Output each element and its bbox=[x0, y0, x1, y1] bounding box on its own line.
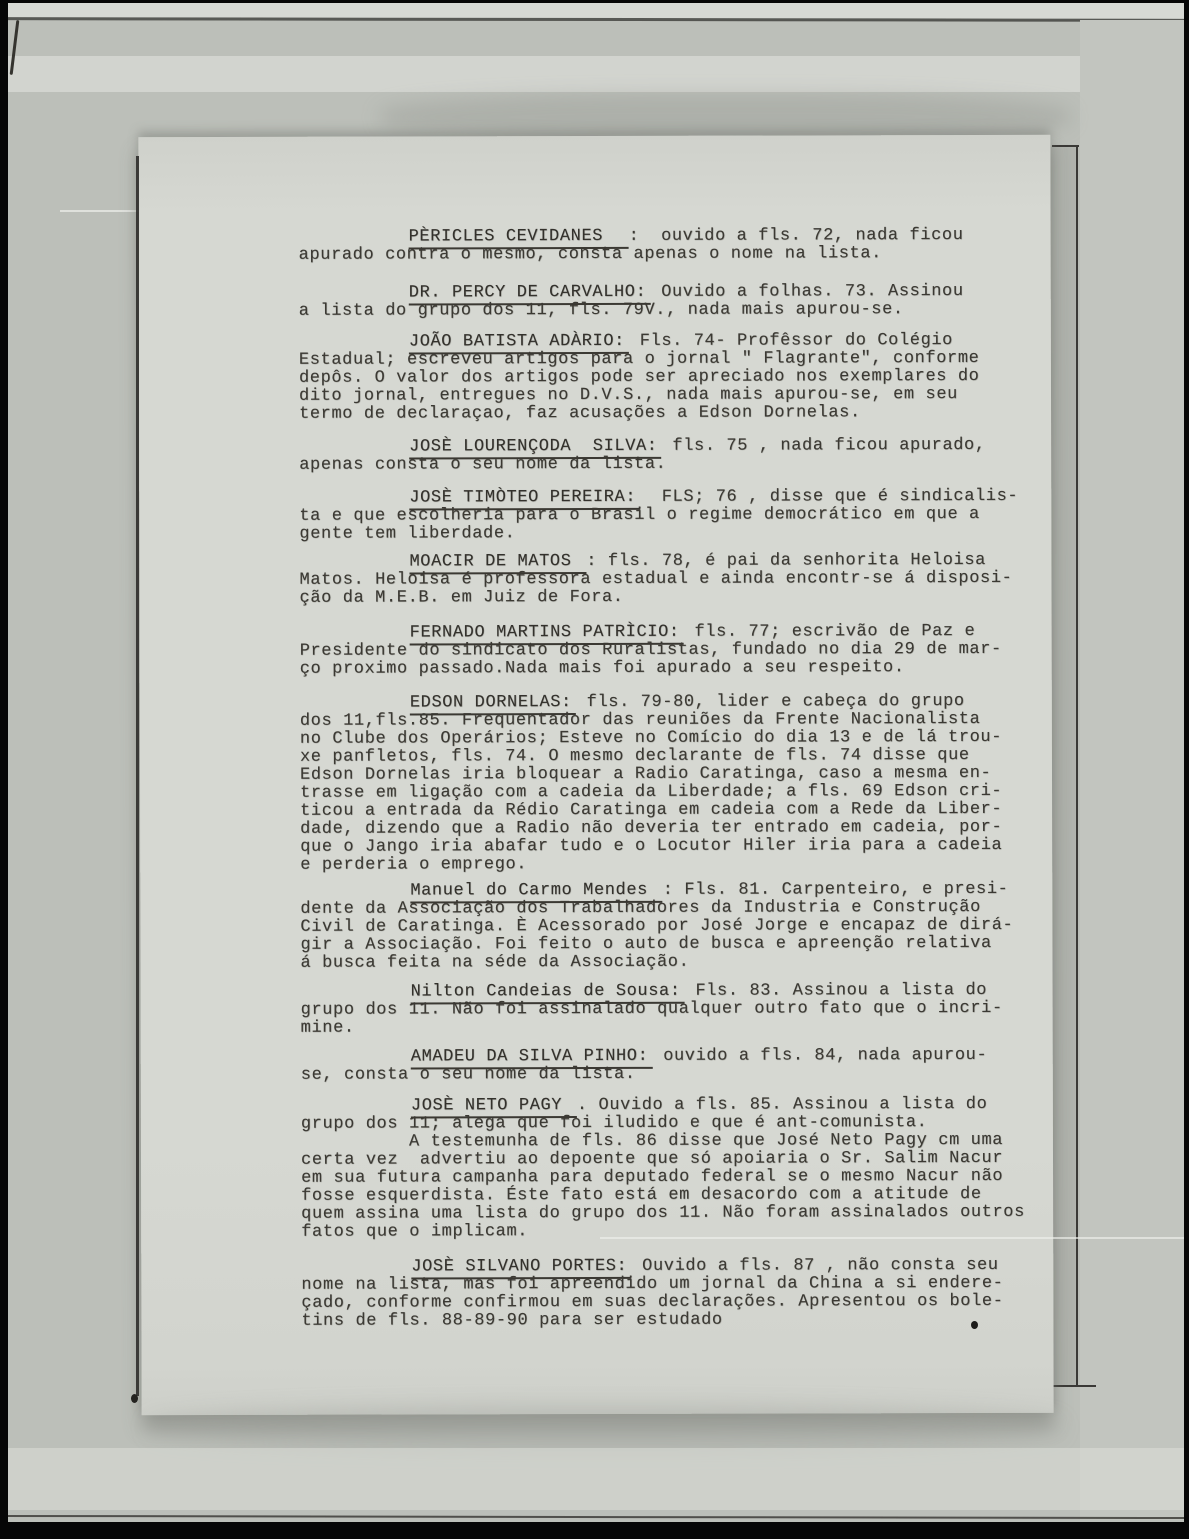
heading-line-text: Fls. 83. Assinou a lista do bbox=[685, 981, 988, 1001]
text-line: JOSÈ LOURENÇODA SILVA: fls. 75 , nada fi… bbox=[299, 437, 1039, 457]
text-line: e perderia o emprego. bbox=[300, 855, 1040, 875]
heading-line-text: Fls. 74- Profêssor do Colégio bbox=[629, 331, 953, 351]
text-line: grupo dos 11. Não foi assinalado qualque… bbox=[301, 1000, 1041, 1020]
film-edge-bottom bbox=[0, 1522, 1189, 1539]
text-line: ta e que escolheria para o Brasil o regi… bbox=[299, 506, 1039, 526]
paragraph-fernado-martins-patricio: FERNADO MARTINS PATRÌCIO: fls. 77; escri… bbox=[300, 623, 1040, 679]
paragraph-amadeu-da-silva-pinho: AMADEU DA SILVA PINHO: ouvido a fls. 84,… bbox=[301, 1047, 1041, 1085]
text-line: apenas consta o seu nome da lista. bbox=[299, 455, 1039, 475]
text-line: quem assina uma lista do grupo dos 11. N… bbox=[301, 1204, 1041, 1224]
paragraph-joao-batista-adario: JOÃO BATISTA ADÀRIO: Fls. 74- Profêssor … bbox=[299, 332, 1039, 424]
film-edge-top bbox=[0, 0, 1189, 3]
heading-line-text: ouvido a fls. 84, nada apurou- bbox=[652, 1046, 987, 1066]
paragraph-manuel-do-carmo-mendes: Manuel do Carmo Mendes : Fls. 81. Carpen… bbox=[300, 881, 1040, 973]
heading-line-text: fls. 75 , nada ficou apurado, bbox=[662, 436, 986, 456]
text-line: ção da M.E.B. em Juiz de Fora. bbox=[300, 588, 1040, 608]
film-edge-left bbox=[0, 0, 8, 1539]
text-line: fatos que o implicam. bbox=[301, 1222, 1041, 1242]
text-line: a lista do grupo dos 11, fls. 79V., nada… bbox=[299, 301, 1039, 321]
text-line: dito jornal, entregues no D.V.S., nada m… bbox=[299, 386, 1039, 406]
heading-line-text: : ouvido a fls. 72, nada ficou bbox=[629, 226, 964, 246]
text-line: AMADEU DA SILVA PINHO: ouvido a fls. 84,… bbox=[301, 1047, 1041, 1067]
heading-line-text: FLS; 76 , disse que é sindicalis- bbox=[640, 487, 1018, 507]
paragraph-moacir-de-matos: MOACIR DE MATOS : fls. 78, é pai da senh… bbox=[299, 552, 1039, 608]
text-line: çado, conforme confirmou em suas declara… bbox=[301, 1293, 1041, 1313]
text-line: á busca feita na séde da Associação. bbox=[300, 953, 1040, 973]
film-scan-background: { "document": { "kind": "typewritten dep… bbox=[0, 0, 1189, 1539]
paragraph-edson-dornelas: EDSON DORNELAS: fls. 79-80, lider e cabe… bbox=[300, 693, 1040, 875]
paragraph-jose-neto-pagy: JOSÈ NETO PAGY . Ouvido a fls. 85. Assin… bbox=[301, 1096, 1041, 1242]
text-line: gir a Associação. Foi feito o auto de bu… bbox=[300, 935, 1040, 955]
paragraph-pericles-cevidanes: PÈRICLES CEVIDANES : ouvido a fls. 72, n… bbox=[299, 227, 1039, 265]
heading-line-text: fls. 79-80, lider e cabeça do grupo bbox=[576, 692, 965, 712]
paragraph-percy-de-carvalho: DR. PERCY DE CARVALHO: Ouvido a folhas. … bbox=[299, 283, 1039, 321]
film-edge-right bbox=[1184, 0, 1189, 1539]
text-line: PÈRICLES CEVIDANES : ouvido a fls. 72, n… bbox=[299, 227, 1039, 247]
text-line: DR. PERCY DE CARVALHO: Ouvido a folhas. … bbox=[299, 283, 1039, 303]
text-line: mine. bbox=[301, 1018, 1041, 1038]
paragraph-nilton-candeias-de-sousa: Nilton Candeias de Sousa: Fls. 83. Assin… bbox=[301, 982, 1041, 1038]
heading-line-text: : fls. 78, é pai da senhorita Heloisa bbox=[586, 551, 986, 571]
text-line: que o Jango iria abafar tudo e o Locutor… bbox=[300, 837, 1040, 857]
text-line: gente tem liberdade. bbox=[299, 524, 1039, 544]
paragraph-jose-lourencoda-silva: JOSÈ LOURENÇODA SILVA: fls. 75 , nada fi… bbox=[299, 437, 1039, 475]
heading-line-text: : Fls. 81. Carpenteiro, e presi- bbox=[663, 880, 1009, 900]
paragraph-jose-timoteo-pereira: JOSÈ TIMÒTEO PEREIRA: FLS; 76 , disse qu… bbox=[299, 488, 1039, 544]
heading-line-text: Ouvido a fls. 87 , não consta seu bbox=[631, 1256, 998, 1276]
typewritten-text-layer: PÈRICLES CEVIDANES : ouvido a fls. 72, n… bbox=[0, 0, 1189, 1539]
text-line: termo de declaraçao, faz acusações a Eds… bbox=[299, 404, 1039, 424]
text-line: apurado contra o mesmo, consta apenas o … bbox=[299, 245, 1039, 265]
text-line: ço proximo passado.Nada mais foi apurado… bbox=[300, 659, 1040, 679]
heading-line-text: Ouvido a folhas. 73. Assinou bbox=[650, 282, 963, 302]
heading-line-text: . Ouvido a fls. 85. Assinou a lista do bbox=[577, 1095, 988, 1115]
heading-line-text: fls. 77; escrivão de Paz e bbox=[684, 622, 976, 642]
text-line: tins de fls. 88-89-90 para ser estudado bbox=[301, 1311, 1041, 1331]
text-line: Matos. Heloisa é professora estadual e a… bbox=[299, 570, 1039, 590]
text-line: se, consta o seu nome da lista. bbox=[301, 1065, 1041, 1085]
text-line: JOSÈ NETO PAGY . Ouvido a fls. 85. Assin… bbox=[301, 1096, 1041, 1116]
paragraph-jose-silvano-portes: JOSÈ SILVANO PORTES: Ouvido a fls. 87 , … bbox=[301, 1257, 1041, 1331]
text-line: Presidente do sindicato dos Ruralistas, … bbox=[300, 641, 1040, 661]
